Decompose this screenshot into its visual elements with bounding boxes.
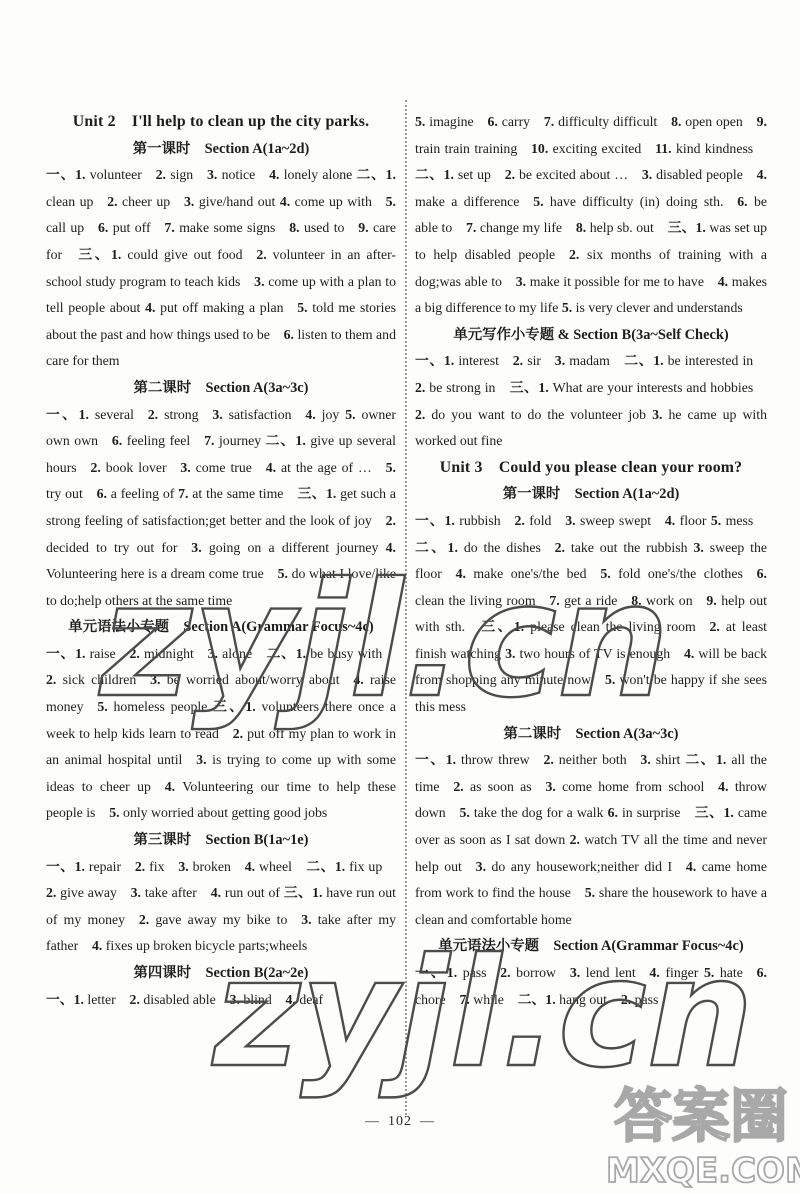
- answer-paragraph: 一、1. rubbish 2. fold 3. sweep swept 4. f…: [415, 508, 767, 721]
- answer-paragraph: 一、1. volunteer 2. sign 3. notice 4. lone…: [46, 162, 396, 375]
- lesson-heading: 单元写作小专题 & Section B(3a~Self Check): [415, 322, 767, 349]
- answer-badge-watermark: 答案圈 MXQE.COM: [600, 1078, 800, 1193]
- column-divider: [405, 100, 407, 1115]
- lesson-heading: 第二课时 Section A(3a~3c): [46, 375, 396, 402]
- answer-paragraph: 一、1. letter 2. disabled able 3. blind 4.…: [46, 987, 396, 1014]
- right-column: 5. imagine 6. carry 7. difficulty diffic…: [415, 109, 767, 1013]
- answer-paragraph: 5. imagine 6. carry 7. difficulty diffic…: [415, 109, 767, 322]
- answer-paragraph: 一、1. throw threw 2. neither both 3. shir…: [415, 747, 767, 933]
- page-number: — 102 —: [0, 1114, 800, 1130]
- unit-title: Unit 2 I'll help to clean up the city pa…: [46, 109, 396, 136]
- answer-paragraph: 一、1. several 2. strong 3. satisfaction 4…: [46, 402, 396, 615]
- answer-paragraph: 一、1. interest 2. sir 3. madam 二、1. be in…: [415, 348, 767, 454]
- left-column: Unit 2 I'll help to clean up the city pa…: [46, 109, 396, 1013]
- answer-paragraph: 一、1. pass 2. borrow 3. lend lent 4. fing…: [415, 960, 767, 1013]
- site-watermark-text: MXQE.COM: [606, 1151, 800, 1191]
- lesson-heading: 单元语法小专题 Section A(Grammar Focus~4c): [415, 933, 767, 960]
- unit-title: Unit 3 Could you please clean your room?: [415, 455, 767, 482]
- answer-paragraph: 一、1. repair 2. fix 3. broken 4. wheel 二、…: [46, 854, 396, 960]
- answer-key-page: Unit 2 I'll help to clean up the city pa…: [0, 0, 800, 1193]
- lesson-heading: 第一课时 Section A(1a~2d): [46, 136, 396, 163]
- lesson-heading: 第二课时 Section A(3a~3c): [415, 721, 767, 748]
- answer-paragraph: 一、1. raise 2. midnight 3. alone 二、1. be …: [46, 641, 396, 827]
- lesson-heading: 第四课时 Section B(2a~2e): [46, 960, 396, 987]
- lesson-heading: 第一课时 Section A(1a~2d): [415, 481, 767, 508]
- lesson-heading: 单元语法小专题 Section A(Grammar Focus~4c): [46, 614, 396, 641]
- lesson-heading: 第三课时 Section B(1a~1e): [46, 827, 396, 854]
